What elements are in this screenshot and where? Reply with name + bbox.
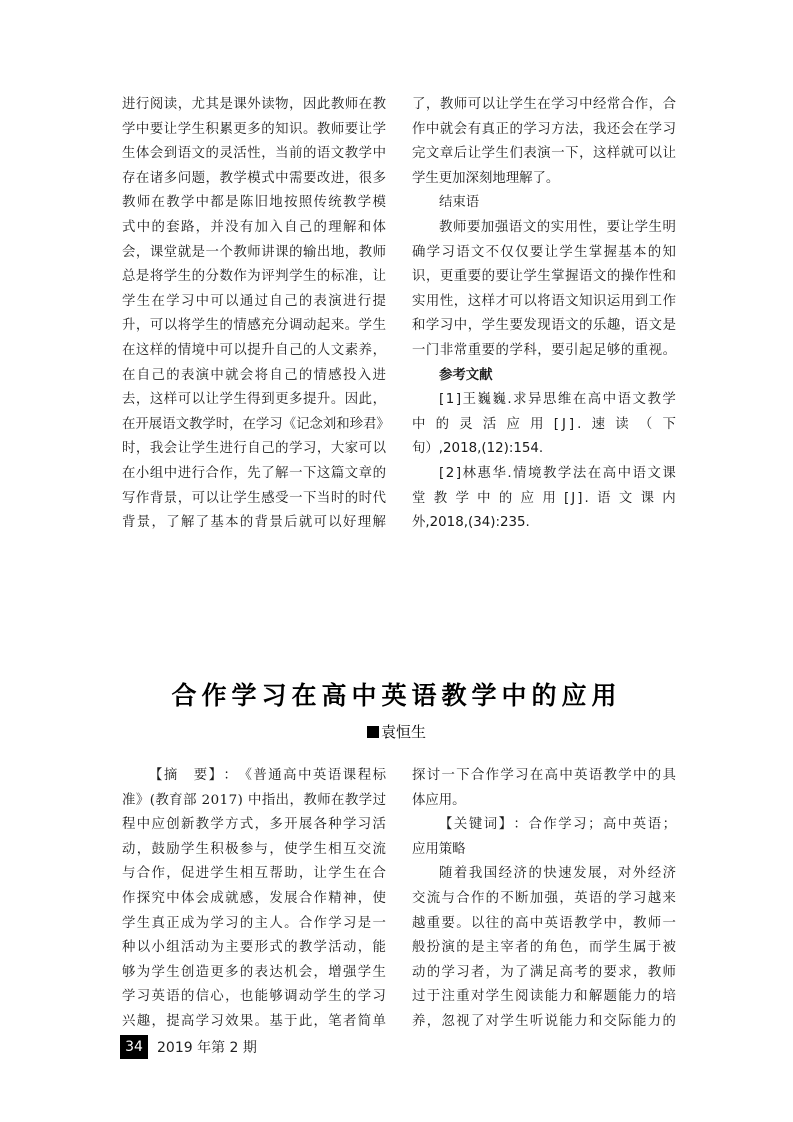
references-heading: 参考文献 bbox=[412, 364, 676, 389]
article-author: 袁恒生 bbox=[0, 721, 793, 742]
text-line: 升，可以将学生的情感充分调动起来。学生 bbox=[122, 314, 386, 339]
body-line: 越重要。以往的高中英语教学中，教师一 bbox=[412, 912, 676, 937]
abstract-line: 学习英语的信心，也能够调动学生的学习 bbox=[122, 985, 386, 1010]
text-line: 在自己的表演中就会将自己的情感投入进 bbox=[122, 364, 386, 389]
abstract-line: 学生真正成为学习的主人。合作学习是一 bbox=[122, 912, 386, 937]
conclusion-heading: 结束语 bbox=[412, 191, 676, 216]
body-line: 随着我国经济的快速发展，对外经济 bbox=[412, 862, 676, 887]
abstract-line: 兴趣，提高学习效果。基于此，笔者简单 bbox=[122, 1010, 386, 1035]
text-line: 总是将学生的分数作为评判学生的标准，让 bbox=[122, 265, 386, 290]
body-line: 动的学习者，为了满足高考的要求，教师 bbox=[412, 961, 676, 986]
text-line: 去，这样可以让学生得到更多提升。因此， bbox=[122, 388, 386, 413]
top-article-left-column: 进行阅读，尤其是课外读物，因此教师在教 学中要让学生积累更多的知识。教师要让学 … bbox=[122, 93, 386, 536]
text-line: 教师要加强语文的实用性，要让学生明 bbox=[412, 216, 676, 241]
text-line: 在小组中进行合作，先了解一下这篇文章的 bbox=[122, 462, 386, 487]
text-line: 会，课堂就是一个教师讲课的输出地，教师 bbox=[122, 241, 386, 266]
abstract-line: 【摘 要】：《普通高中英语课程标 bbox=[122, 764, 386, 789]
author-name: 袁恒生 bbox=[381, 723, 426, 741]
keywords-line: 【关键词】：合作学习；高中英语； bbox=[412, 813, 676, 838]
reference-2-line: [2]林惠华.情境教学法在高中语文课 bbox=[412, 462, 676, 487]
abstract-line: 程中应创新教学方式，多开展各种学习活 bbox=[122, 813, 386, 838]
text-line: 实用性，这样才可以将语文知识运用到工作 bbox=[412, 290, 676, 315]
issue-label: 2019 年第 2 期 bbox=[157, 1037, 257, 1057]
text-line: 学中要让学生积累更多的知识。教师要让学 bbox=[122, 118, 386, 143]
square-bullet-icon bbox=[367, 726, 379, 738]
text-line: 时，我会让学生进行自己的学习，大家可以 bbox=[122, 437, 386, 462]
text-line: 确学习语文不仅仅要让学生掌握基本的知 bbox=[412, 241, 676, 266]
article-title: 合作学习在高中英语教学中的应用 bbox=[0, 676, 793, 712]
abstract-line: 种以小组活动为主要形式的教学活动，能 bbox=[122, 936, 386, 961]
text-line: 作中就会有真正的学习方法，我还会在学习 bbox=[412, 118, 676, 143]
top-article-right-column: 了，教师可以让学生在学习中经常合作，合 作中就会有真正的学习方法，我还会在学习 … bbox=[412, 93, 676, 536]
body-line: 过于注重对学生阅读能力和解题能力的培 bbox=[412, 985, 676, 1010]
text-line: 和学习中，学生要发现语文的乐趣，语文是 bbox=[412, 314, 676, 339]
keywords-line: 应用策略 bbox=[412, 838, 676, 863]
text-line: 学生在学习中可以通过自己的表演进行提 bbox=[122, 290, 386, 315]
abstract-line: 体应用。 bbox=[412, 789, 676, 814]
text-line: 背景，了解了基本的背景后就可以好理解 bbox=[122, 511, 386, 536]
reference-1-line: 中 的 灵 活 应 用 [J]. 速 读 （ 下 bbox=[412, 413, 676, 438]
text-line: 学生更加深刻地理解了。 bbox=[412, 167, 676, 192]
abstract-line: 探讨一下合作学习在高中英语教学中的具 bbox=[412, 764, 676, 789]
text-line: 一门非常重要的学科，要引起足够的重视。 bbox=[412, 339, 676, 364]
text-line: 了，教师可以让学生在学习中经常合作，合 bbox=[412, 93, 676, 118]
page-footer: 34 2019 年第 2 期 bbox=[120, 1035, 257, 1059]
text-line: 写作背景，可以让学生感受一下当时的时代 bbox=[122, 487, 386, 512]
body-line: 交流与合作的不断加强，英语的学习越来 bbox=[412, 887, 676, 912]
new-article-right-column: 探讨一下合作学习在高中英语教学中的具 体应用。 【关键词】：合作学习；高中英语；… bbox=[412, 764, 676, 1035]
text-line: 在开展语文教学时，在学习《记念刘和珍君》 bbox=[122, 413, 386, 438]
abstract-line: 与合作，促进学生相互帮助，让学生在合 bbox=[122, 862, 386, 887]
reference-1-line: [1]王巍巍.求异思维在高中语文教学 bbox=[412, 388, 676, 413]
text-line: 式中的套路，并没有加入自己的理解和体 bbox=[122, 216, 386, 241]
text-line: 教师在教学中都是陈旧地按照传统教学模 bbox=[122, 191, 386, 216]
new-article-left-column: 【摘 要】：《普通高中英语课程标 准》(教育部 2017) 中指出，教师在教学过… bbox=[122, 764, 386, 1035]
abstract-line: 动，鼓励学生积极参与，使学生相互交流 bbox=[122, 838, 386, 863]
page-number: 34 bbox=[120, 1035, 148, 1059]
reference-2-line: 堂 教 学 中 的 应 用 [J]. 语 文 课 内 bbox=[412, 487, 676, 512]
reference-2-line: 外,2018,(34):235. bbox=[412, 511, 676, 536]
text-line: 存在诸多问题，教学模式中需要改进，很多 bbox=[122, 167, 386, 192]
text-line: 识，更重要的要让学生掌握语文的操作性和 bbox=[412, 265, 676, 290]
abstract-line: 准》(教育部 2017) 中指出，教师在教学过 bbox=[122, 789, 386, 814]
text-line: 在这样的情境中可以提升自己的人文素养， bbox=[122, 339, 386, 364]
body-line: 般扮演的是主宰者的角色，而学生属于被 bbox=[412, 936, 676, 961]
reference-1-line: 旬）,2018,(12):154. bbox=[412, 437, 676, 462]
body-line: 养，忽视了对学生听说能力和交际能力的 bbox=[412, 1010, 676, 1035]
text-line: 生体会到语文的灵活性，当前的语文教学中 bbox=[122, 142, 386, 167]
text-line: 完文章后让学生们表演一下，这样就可以让 bbox=[412, 142, 676, 167]
abstract-line: 作探究中体会成就感，发展合作精神，使 bbox=[122, 887, 386, 912]
abstract-line: 够为学生创造更多的表达机会，增强学生 bbox=[122, 961, 386, 986]
text-line: 进行阅读，尤其是课外读物，因此教师在教 bbox=[122, 93, 386, 118]
